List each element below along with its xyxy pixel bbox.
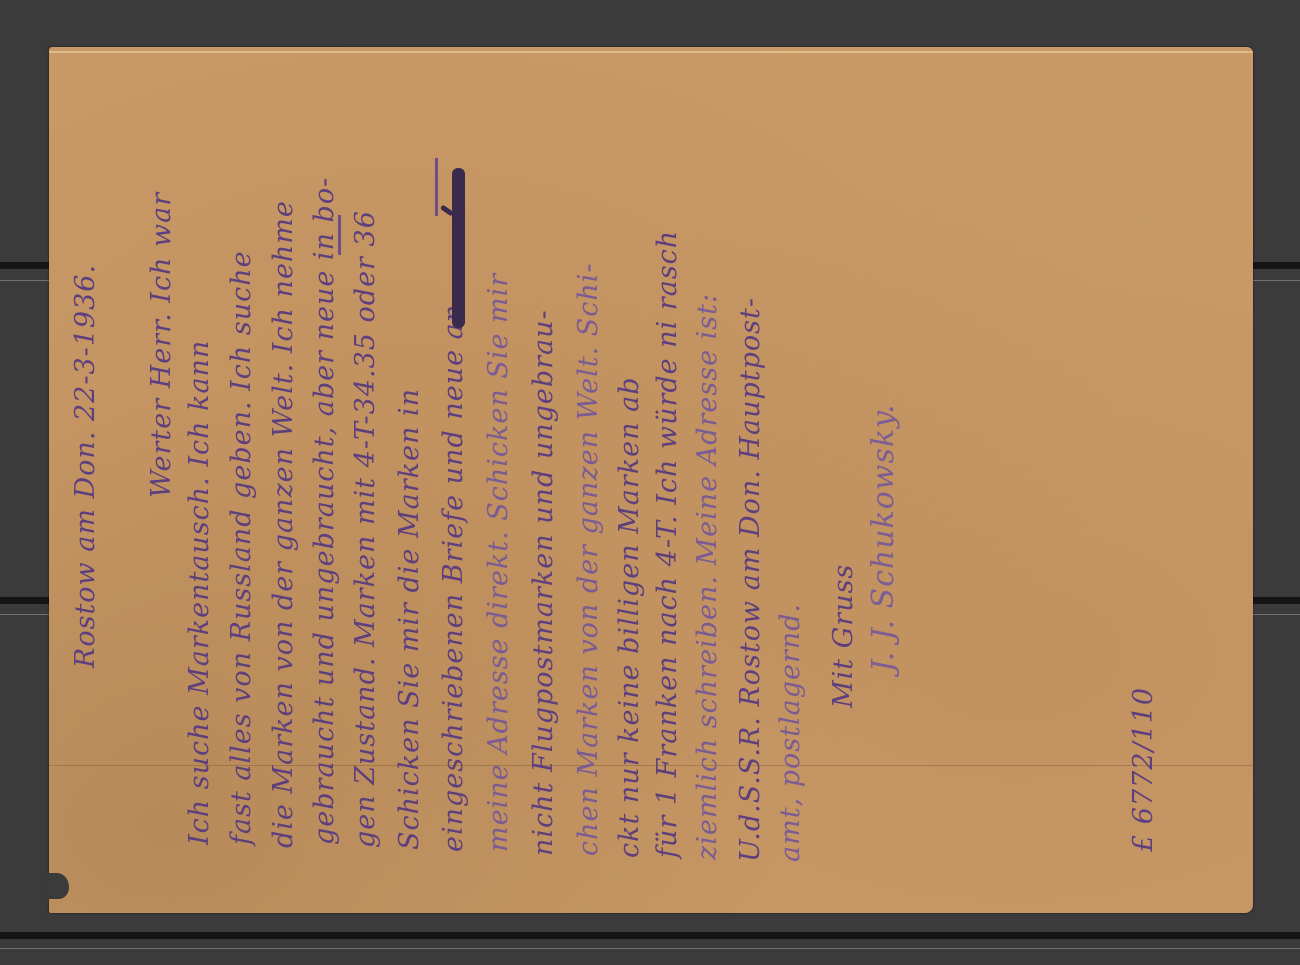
underline-mark	[435, 158, 438, 216]
greeting-line: Werter Herr. Ich war	[146, 192, 177, 498]
body-line: nicht Flugpostmarken und ungebrau-	[528, 309, 559, 856]
body-line: gen Zustand. Marken mit 4-T-34.35 oder 3…	[350, 210, 381, 848]
body-line: chen Marken von der ganzen Welt. Schi-	[573, 262, 604, 856]
body-line: ziemlich schreiben. Meine Adresse ist:	[692, 293, 723, 860]
body-line: Schicken Sie mir die Marken in	[394, 388, 425, 850]
body-line: für 1 Franken nach 4-T. Ich würde ni ras…	[652, 230, 683, 858]
date-line: Rostow am Don. 22-3-1936.	[70, 264, 101, 668]
body-line: ckt nur keine billigen Marken ab	[614, 376, 645, 858]
body-line: gebraucht und ungebraucht, aber neue in …	[309, 177, 340, 845]
ink-strikethrough-mark	[452, 168, 465, 328]
signature: J. J. Schukowsky.	[866, 403, 901, 672]
body-line: meine Adresse direkt. Schicken Sie mir	[483, 273, 514, 852]
body-line: fast alles von Russland geben. Ich suche	[226, 250, 257, 845]
underline-mark	[338, 215, 341, 255]
body-line: U.d.S.S.R. Rostow am Don. Hauptpost-	[735, 297, 766, 862]
body-line: die Marken von der ganzen Welt. Ich nehm…	[268, 200, 299, 848]
body-line: Ich suche Markentausch. Ich kann	[184, 340, 215, 845]
stock-strip-line	[0, 948, 1300, 949]
stock-strip	[0, 932, 1300, 939]
closing-line: Mit Gruss	[828, 564, 859, 708]
reference-number: £ 6772/110	[1128, 687, 1159, 852]
card-top-edge-wear	[49, 51, 1253, 53]
body-line: eingeschriebenen Briefe und neue an	[438, 304, 469, 852]
body-line: amt, postlagernd.	[775, 603, 806, 862]
card-torn-notch	[47, 873, 69, 899]
